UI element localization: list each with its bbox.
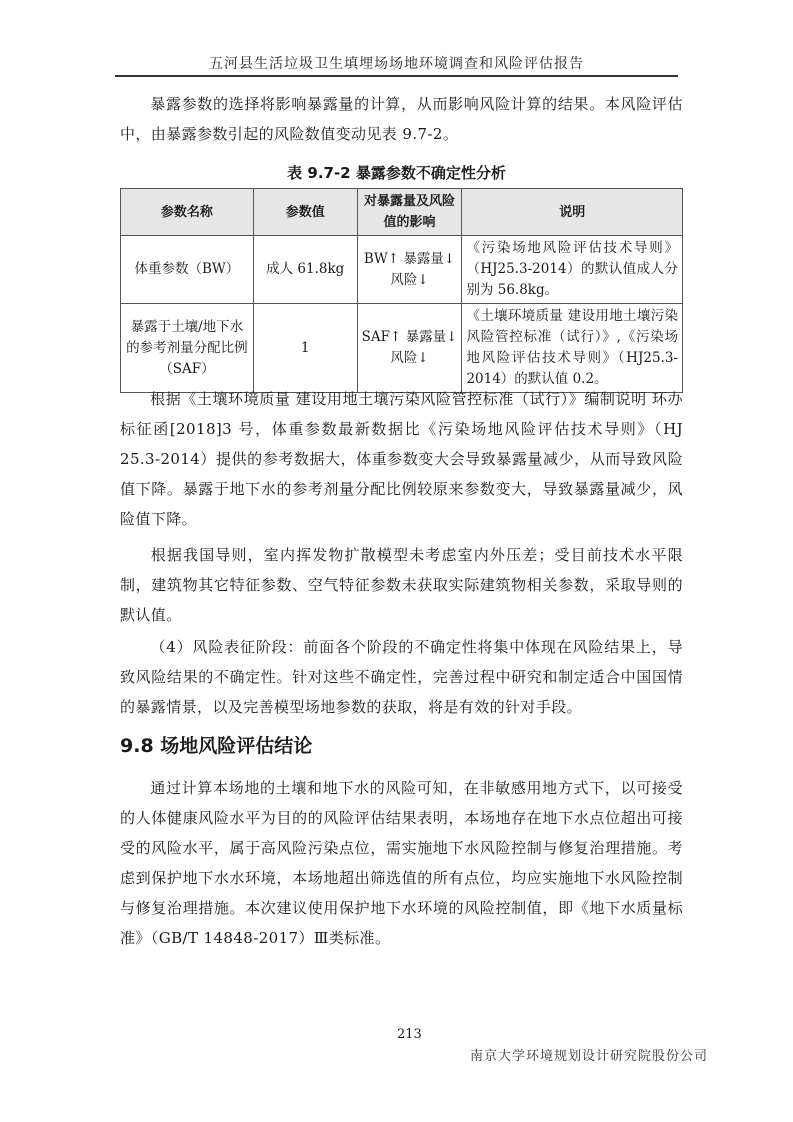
paragraph-body-weight-text: 根据《土壤环境质量 建设用地土壤污染风险管控标准（试行）》编制说明 环办标征函[… [120,390,683,528]
paragraph-intro-text: 暴露参数的选择将影响暴露量的计算，从而影响风险计算的结果。本风险评估中，由暴露参… [120,95,683,143]
cell-param-name: 暴露于土壤/地下水的参考剂量分配比例（SAF） [121,304,254,393]
cell-note: 《污染场地风险评估技术导则》（HJ25.3-2014）的默认值成人分别为 56.… [462,236,683,304]
cell-effect: SAF↑ 暴露量↓ 风险↓ [357,304,462,393]
footer-organization: 南京大学环境规划设计研究院股份公司 [470,1045,708,1064]
paragraph-model-text: 根据我国导则，室内挥发物扩散模型未考虑室内外压差；受目前技术水平限制，建筑物其它… [120,546,683,624]
cell-param-value: 1 [253,304,357,393]
running-header-title: 五河县生活垃圾卫生填埋场场地环境调查和风险评估报告 [0,53,793,73]
paragraph-body-weight: 根据《土壤环境质量 建设用地土壤污染风险管控标准（试行）》编制说明 环办标征函[… [120,384,683,534]
exposure-parameter-table: 参数名称 参数值 对暴露量及风险值的影响 说明 体重参数（BW） 成人 61.8… [120,188,683,393]
header-note: 说明 [462,189,683,236]
header-effect: 对暴露量及风险值的影响 [357,189,462,236]
header-divider [115,75,678,77]
paragraph-model: 根据我国导则，室内挥发物扩散模型未考虑室内外压差；受目前技术水平限制，建筑物其它… [120,540,683,630]
cell-effect: BW↑ 暴露量↓ 风险↓ [357,236,462,304]
paragraph-stage4: （4）风险表征阶段：前面各个阶段的不确定性将集中体现在风险结果上，导致风险结果的… [120,632,683,722]
section-heading: 9.8 场地风险评估结论 [120,731,312,758]
cell-param-value: 成人 61.8kg [253,236,357,304]
header-param-name: 参数名称 [121,189,254,236]
paragraph-intro: 暴露参数的选择将影响暴露量的计算，从而影响风险计算的结果。本风险评估中，由暴露参… [120,89,683,149]
cell-note: 《土壤环境质量 建设用地土壤污染风险管控标准（试行）》,《污染场地风险评估技术导… [462,304,683,393]
header-param-value: 参数值 [253,189,357,236]
paragraph-conclusion-text: 通过计算本场地的土壤和地下水的风险可知，在非敏感用地方式下，以可接受的人体健康风… [120,779,683,947]
paragraph-conclusion: 通过计算本场地的土壤和地下水的风险可知，在非敏感用地方式下，以可接受的人体健康风… [120,773,683,953]
cell-param-name: 体重参数（BW） [121,236,254,304]
table-caption: 表 9.7-2 暴露参数不确定性分析 [0,162,793,183]
table-row: 暴露于土壤/地下水的参考剂量分配比例（SAF） 1 SAF↑ 暴露量↓ 风险↓ … [121,304,683,393]
page-number: 213 [397,1027,422,1042]
paragraph-stage4-text: （4）风险表征阶段：前面各个阶段的不确定性将集中体现在风险结果上，导致风险结果的… [120,638,683,716]
table-row: 体重参数（BW） 成人 61.8kg BW↑ 暴露量↓ 风险↓ 《污染场地风险评… [121,236,683,304]
table-header-row: 参数名称 参数值 对暴露量及风险值的影响 说明 [121,189,683,236]
